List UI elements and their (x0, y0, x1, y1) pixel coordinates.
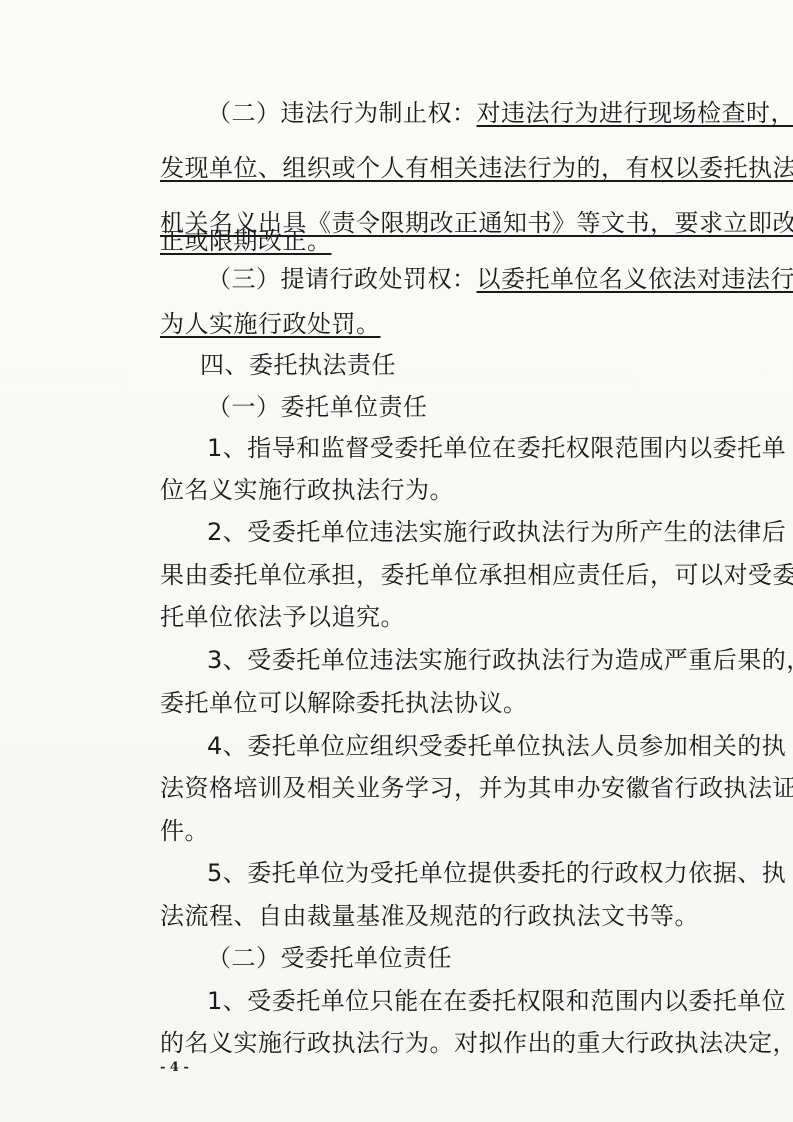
subsection-heading-entrusting-unit: （一）委托单位责任 (207, 392, 428, 422)
item-4-line-2: 法资格培训及相关业务学习，并为其申办安徽省行政执法证 (160, 773, 793, 803)
paragraph-stop-power-line-4-text: 正或限期改正。 (160, 226, 332, 256)
clause-label: （三）提请行政处罚权： (207, 265, 477, 293)
paragraph-penalty-power-line-1: （三）提请行政处罚权：以委托单位名义依法对违法行 (207, 264, 793, 294)
item-1-line-2: 位名义实施行政执法行为。 (160, 475, 454, 505)
underlined-text: 为人实施行政处罚。 (160, 310, 381, 338)
item-b1-line-2: 的名义实施行政执法行为。对拟作出的重大行政执法决定， (160, 1028, 793, 1058)
item-4-line-1: 4、委托单位应组织受委托单位执法人员参加相关的执 (207, 731, 786, 761)
item-4-line-3: 件。 (160, 816, 209, 846)
underlined-text: 对违法行为进行现场检查时， (477, 99, 793, 127)
item-1-line-1: 1、指导和监督受委托单位在委托权限范围内以委托单 (207, 433, 786, 463)
underlined-text: 发现单位、组织或个人有相关违法行为的，有权以委托执法 (160, 154, 793, 182)
item-5-line-1: 5、委托单位为受托单位提供委托的行政权力依据、执 (207, 858, 786, 888)
underlined-text: 以委托单位名义依法对违法行 (477, 265, 793, 293)
item-2-line-3: 托单位依法予以追究。 (160, 602, 405, 632)
item-2-line-2: 果由委托单位承担，委托单位承担相应责任后，可以对受委 (160, 560, 793, 590)
paragraph-stop-power-line-2: 发现单位、组织或个人有相关违法行为的，有权以委托执法 (160, 153, 793, 183)
section-heading-4: 四、委托执法责任 (200, 350, 396, 380)
subsection-heading-entrusted-unit: （二）受委托单位责任 (207, 943, 452, 973)
clause-label: （二）违法行为制止权： (207, 99, 477, 127)
item-5-line-2: 法流程、自由裁量基准及规范的行政执法文书等。 (160, 901, 699, 931)
paragraph-stop-power-line-1: （二）违法行为制止权：对违法行为进行现场检查时， (207, 98, 793, 128)
item-3-line-2: 委托单位可以解除委托执法协议。 (160, 688, 528, 718)
page-number: - 4 - (160, 1060, 189, 1075)
item-3-line-1: 3、受委托单位违法实施行政执法行为造成严重后果的， (207, 645, 793, 675)
underlined-text: 正或限期改正。 (160, 227, 332, 255)
item-b1-line-1: 1、受委托单位只能在在委托权限和范围内以委托单位 (207, 986, 786, 1016)
document-page: （二）违法行为制止权：对违法行为进行现场检查时， 发现单位、组织或个人有相关违法… (0, 0, 793, 1122)
item-2-line-1: 2、受委托单位违法实施行政执法行为所产生的法律后 (207, 517, 786, 547)
paragraph-penalty-power-line-2: 为人实施行政处罚。 (160, 309, 381, 339)
